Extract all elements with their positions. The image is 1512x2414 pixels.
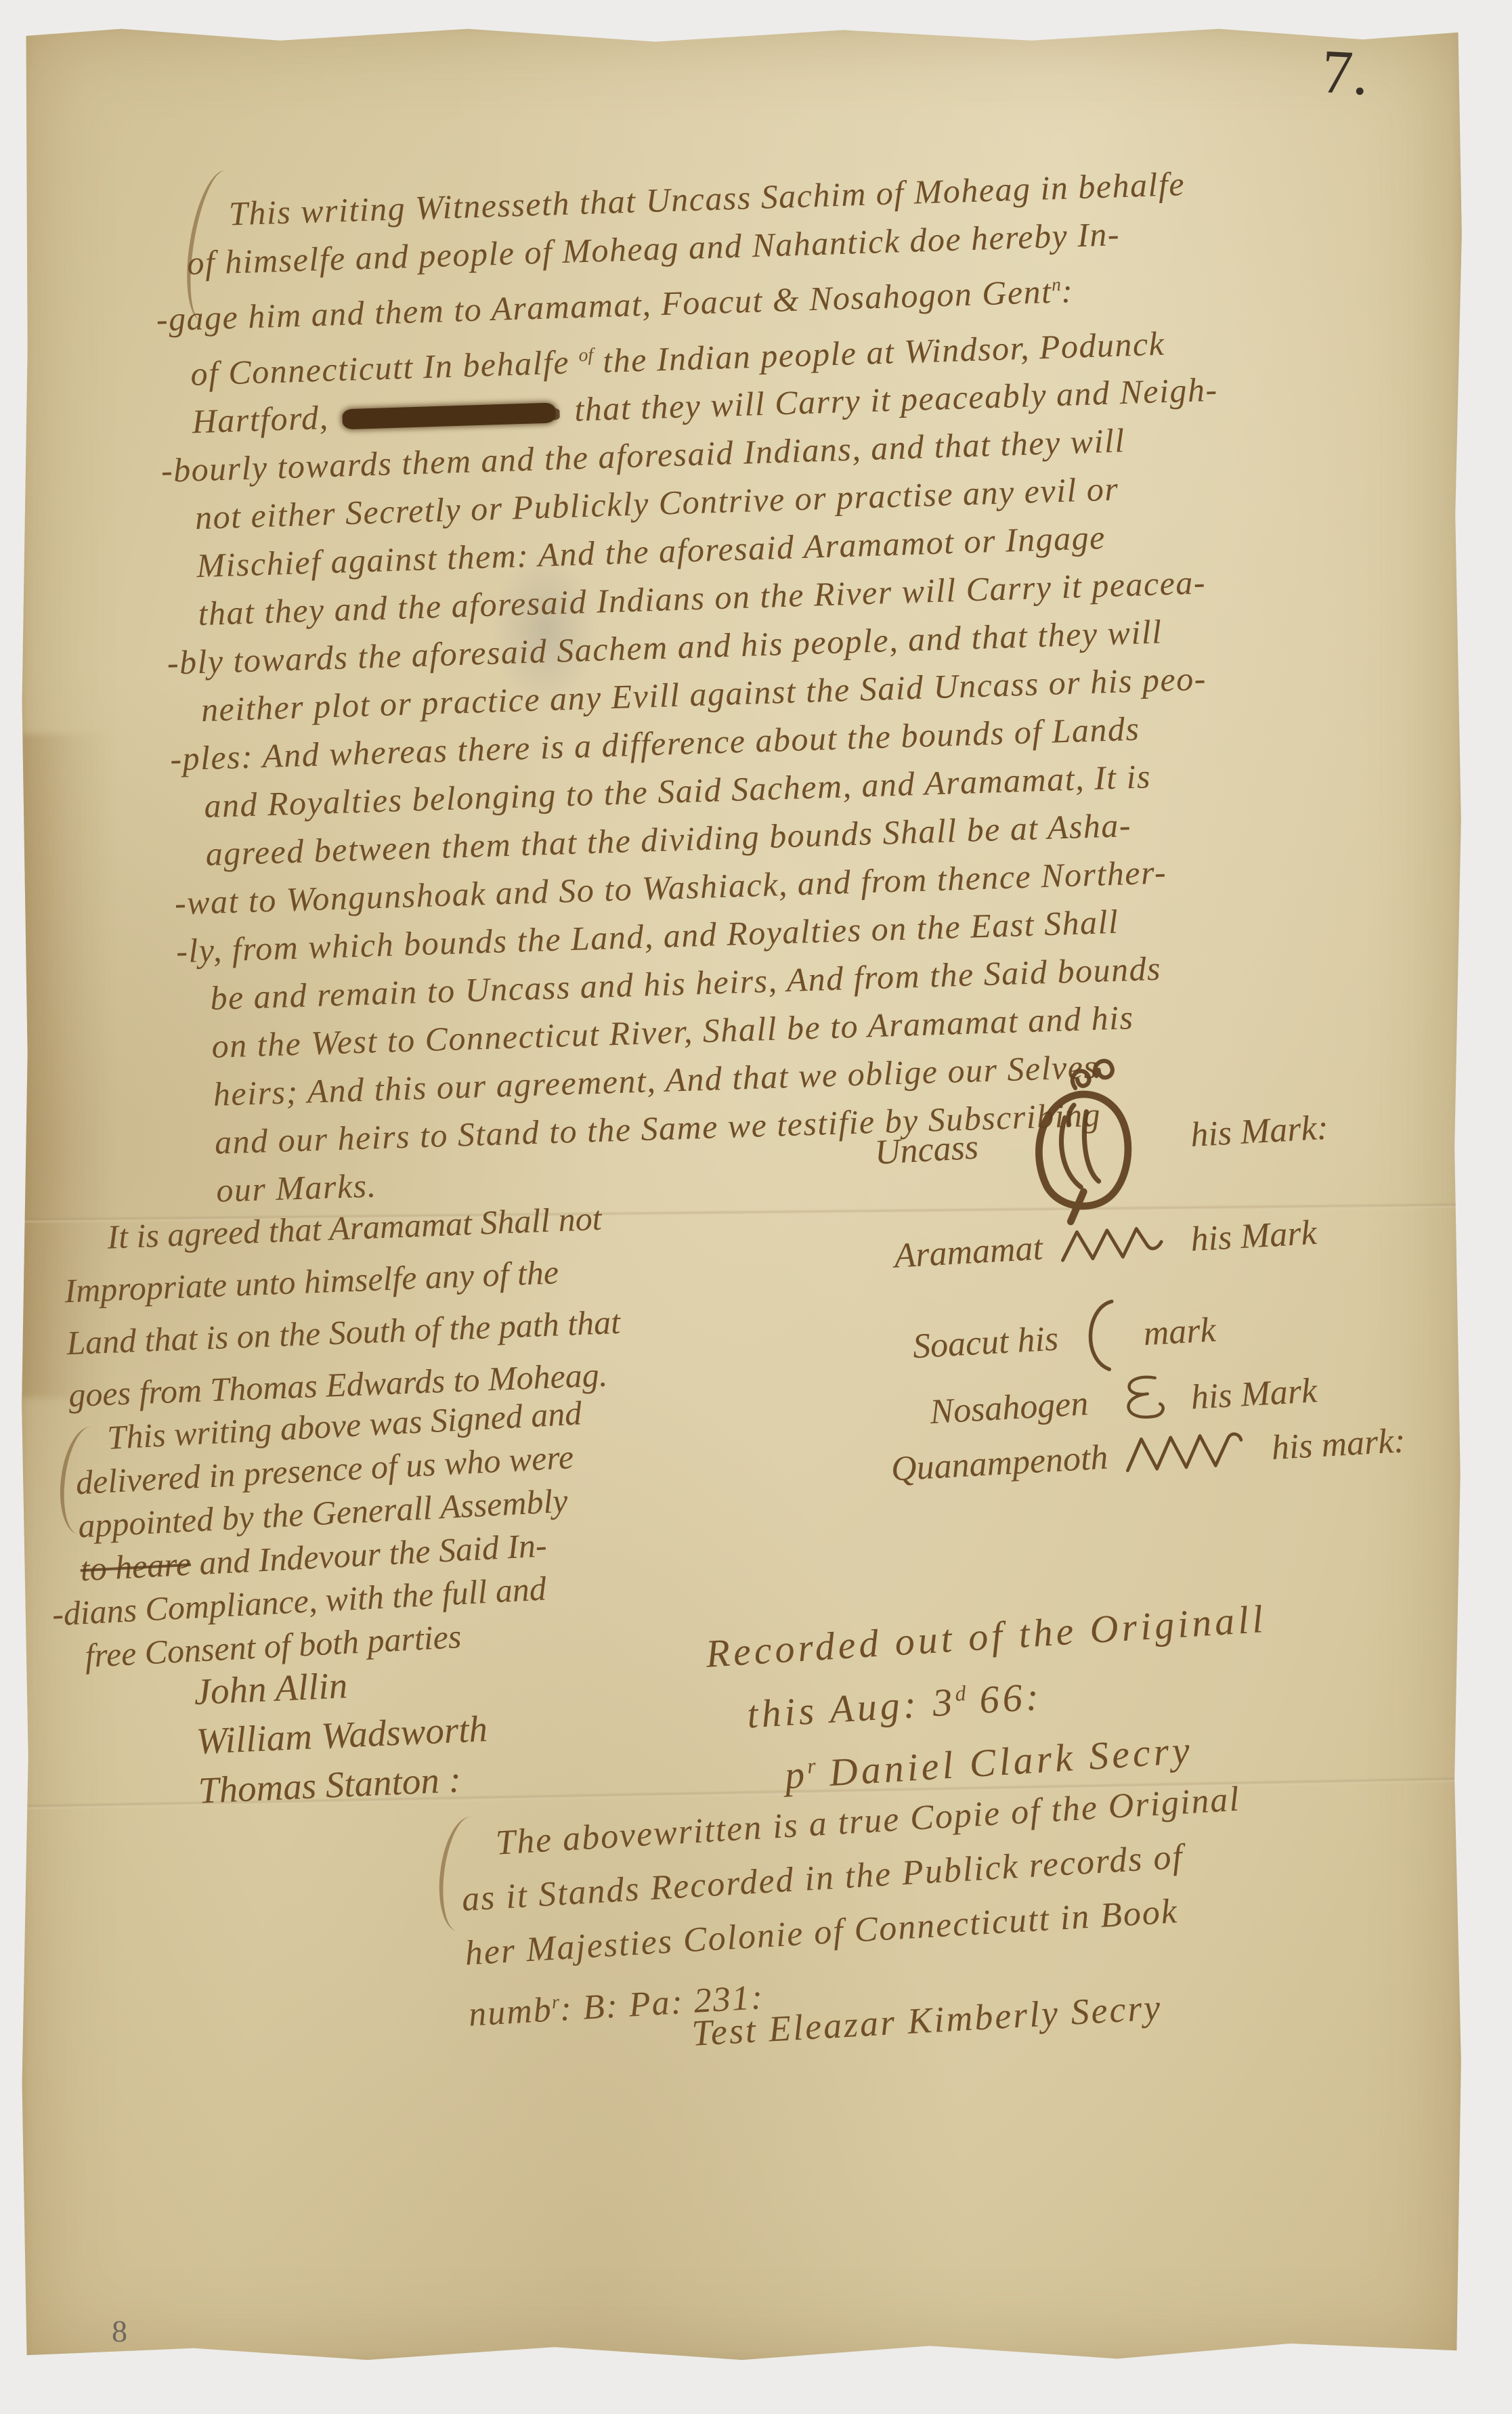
text-segment: to heare xyxy=(79,1545,192,1588)
scanned-manuscript: 7. This writing Witnesseth that Uncass S… xyxy=(0,0,1512,2414)
uncas-mark-pictograph xyxy=(989,1051,1181,1230)
ink-blot-strikeout xyxy=(342,403,556,430)
aramamat-mark-glyph xyxy=(1056,1221,1177,1267)
text-segment: : xyxy=(1060,272,1074,310)
mark-label: his mark: xyxy=(1270,1421,1406,1468)
text-segment: Hartford, xyxy=(192,398,339,441)
witness-signatures: John AllinWilliam WadsworthThomas Stanto… xyxy=(193,1654,491,1815)
text-segment: p xyxy=(783,1752,809,1798)
soacut-mark-glyph xyxy=(1071,1295,1131,1377)
nosahogen-mark-glyph xyxy=(1102,1368,1178,1432)
manuscript-page: 7. This writing Witnesseth that Uncass S… xyxy=(20,23,1464,2365)
quanampenoth-mark-glyph xyxy=(1121,1426,1257,1478)
pencil-folio-number: 8 xyxy=(112,2313,127,2349)
text-segment: 66: xyxy=(965,1674,1043,1723)
signer-name: Nosahogen xyxy=(929,1383,1089,1432)
signer-name: Quanampenoth xyxy=(890,1437,1108,1489)
page-number: 7. xyxy=(1320,35,1370,109)
mark-label: mark xyxy=(1142,1310,1217,1354)
text-segment: of Connecticutt In behalfe xyxy=(190,343,580,393)
text-segment: this Aug: 3 xyxy=(746,1679,957,1736)
text-segment: John Allin xyxy=(193,1664,348,1712)
text-segment: n xyxy=(1052,274,1062,295)
mark-row-uncass: Uncass his Mark: xyxy=(870,1043,1333,1237)
mark-label: his Mark: xyxy=(1190,1107,1330,1155)
text-segment: numb xyxy=(467,1991,553,2034)
mark-label: his Mark xyxy=(1190,1213,1318,1259)
signer-name: Soacut his xyxy=(911,1318,1059,1366)
mark-label: his Mark xyxy=(1190,1371,1318,1417)
signer-name: Uncass xyxy=(873,1127,979,1172)
text-segment: of xyxy=(578,343,593,365)
text-segment: Thomas Stanton : xyxy=(198,1759,462,1811)
text-segment: William Wadsworth xyxy=(195,1708,488,1762)
signer-name: Aramamat xyxy=(893,1228,1044,1276)
